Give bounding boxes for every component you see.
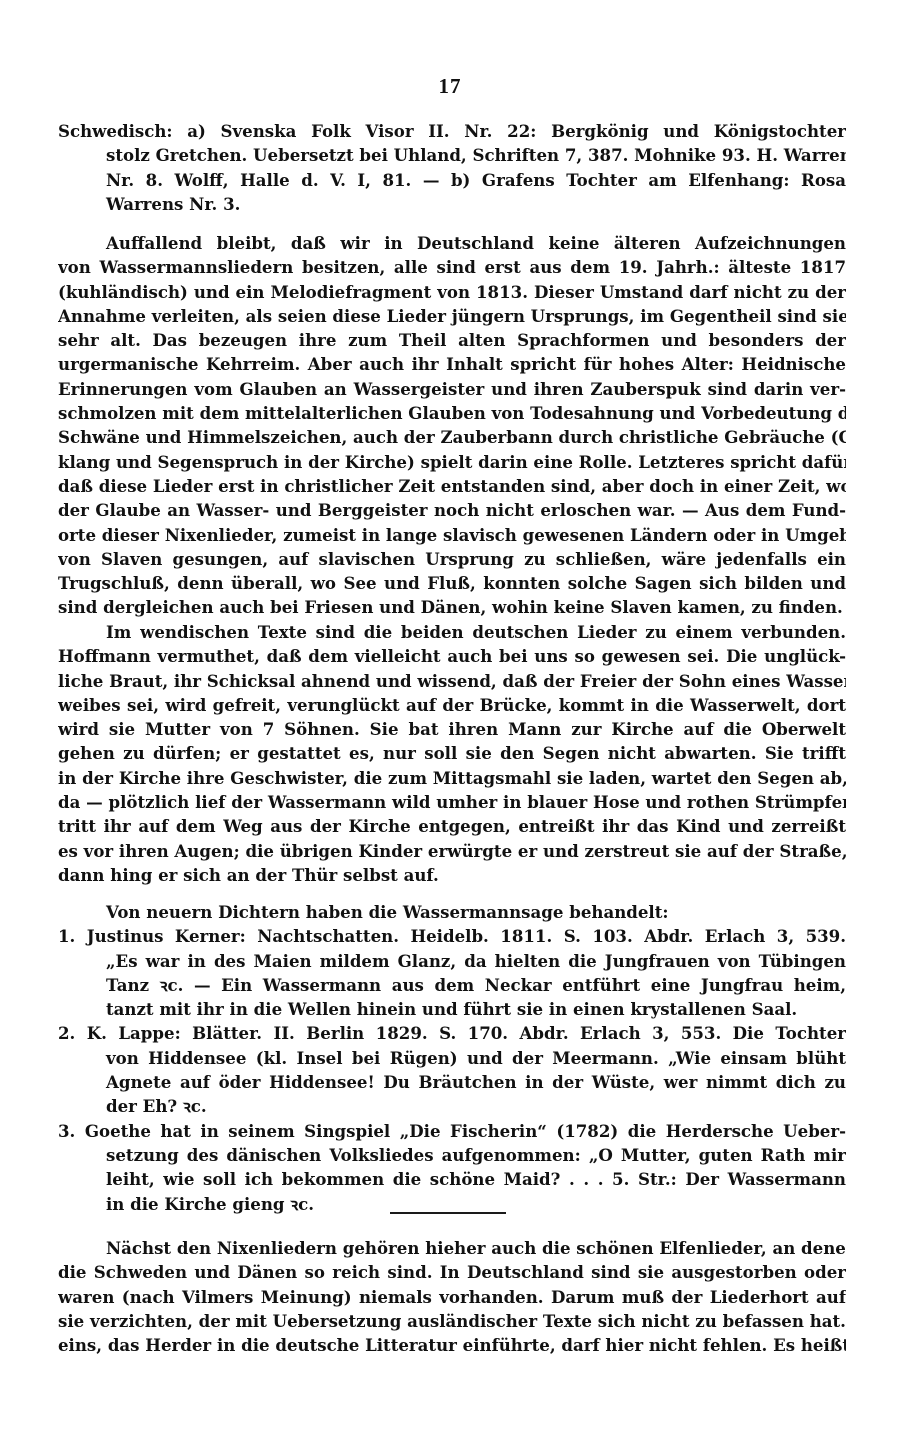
list-item-1-line: Tanz ꝛc. — Ein Wassermann aus dem Neckar… [58, 973, 846, 997]
text-line: die Schweden und Dänen so reich sind. In… [58, 1260, 846, 1284]
text-line: urgermanische Kehrreim. Aber auch ihr In… [58, 352, 846, 376]
text-line: in der Kirche ihre Geschwister, die zum … [58, 766, 846, 790]
text-line: es vor ihren Augen; die übrigen Kinder e… [58, 839, 846, 863]
text-line: Nr. 8. Wolff, Halle d. V. I, 81. — b) Gr… [58, 168, 846, 192]
text-line: orte dieser Nixenlieder, zumeist in lang… [58, 523, 846, 547]
list-item-1-line: 1. Justinus Kerner: Nachtschatten. Heide… [58, 924, 846, 948]
text-line: Schwäne und Himmelszeichen, auch der Zau… [58, 425, 846, 449]
text-line: (kuhländisch) und ein Melodiefragment vo… [58, 280, 846, 304]
text-line: liche Braut, ihr Schicksal ahnend und wi… [58, 669, 846, 693]
text-line: wird sie Mutter von 7 Söhnen. Sie bat ih… [58, 717, 846, 741]
book-page: 17 Schwedisch: a) Svenska Folk Visor II.… [0, 0, 900, 1450]
text-line: waren (nach Vilmers Meinung) niemals vor… [58, 1285, 846, 1309]
text-line: sie verzichten, der mit Uebersetzung aus… [58, 1309, 846, 1333]
list-item-1-line: tanzt mit ihr in die Wellen hinein und f… [58, 997, 846, 1021]
list-item-3-line: leiht, wie soll ich bekommen die schöne … [58, 1167, 846, 1191]
paragraph-4: Nächst den Nixenliedern gehören hieher a… [58, 1236, 846, 1357]
list-item-1-line: „Es war in des Maien mildem Glanz, da hi… [58, 949, 846, 973]
text-line: von Slaven gesungen, auf slavischen Ursp… [58, 547, 846, 571]
text-line: Hoffmann vermuthet, daß dem vielleicht a… [58, 644, 846, 668]
text-line: schmolzen mit dem mittelalterlichen Glau… [58, 401, 846, 425]
list-item-2-line: von Hiddensee (kl. Insel bei Rügen) und … [58, 1046, 846, 1070]
list-intro: Von neuern Dichtern haben die Wassermann… [58, 900, 846, 924]
text-line: weibes sei, wird gefreit, verunglückt au… [58, 693, 846, 717]
text-line: klang und Segenspruch in der Kirche) spi… [58, 450, 846, 474]
text-line: von Wassermannsliedern besitzen, alle si… [58, 255, 846, 279]
text-line: tritt ihr auf dem Weg aus der Kirche ent… [58, 814, 846, 838]
paragraph-1: Auffallend bleibt, daß wir in Deutschlan… [58, 231, 846, 620]
text-line: der Glaube an Wasser- und Berggeister no… [58, 498, 846, 522]
text-line: daß diese Lieder erst in christlicher Ze… [58, 474, 846, 498]
list-item-3-line: 3. Goethe hat in seinem Singspiel „Die F… [58, 1119, 846, 1143]
text-line: sind dergleichen auch bei Friesen und Dä… [58, 595, 846, 619]
page-number: 17 [0, 74, 900, 99]
text-line: Warrens Nr. 3. [58, 192, 846, 216]
text-line: Trugschluß, denn überall, wo See und Flu… [58, 571, 846, 595]
text-line: Im wendischen Texte sind die beiden deut… [58, 620, 846, 644]
text-line: sehr alt. Das bezeugen ihre zum Theil al… [58, 328, 846, 352]
poets-list: Von neuern Dichtern haben die Wassermann… [58, 900, 846, 1216]
paragraph-2: Im wendischen Texte sind die beiden deut… [58, 620, 846, 887]
text-line: Auffallend bleibt, daß wir in Deutschlan… [58, 231, 846, 255]
list-item-2-line: der Eh? ꝛc. [58, 1094, 846, 1118]
text-line: Erinnerungen vom Glauben an Wassergeiste… [58, 377, 846, 401]
text-line: dann hing er sich an der Thür selbst auf… [58, 863, 846, 887]
section-divider [390, 1212, 506, 1214]
list-item-2-line: 2. K. Lappe: Blätter. II. Berlin 1829. S… [58, 1021, 846, 1045]
text-line: Schwedisch: a) Svenska Folk Visor II. Nr… [58, 119, 846, 143]
text-line: Annahme verleiten, als seien diese Liede… [58, 304, 846, 328]
text-line: Nächst den Nixenliedern gehören hieher a… [58, 1236, 846, 1260]
swedish-references: Schwedisch: a) Svenska Folk Visor II. Nr… [58, 119, 846, 216]
text-line: eins, das Herder in die deutsche Littera… [58, 1333, 846, 1357]
text-line: stolz Gretchen. Uebersetzt bei Uhland, S… [58, 143, 846, 167]
list-item-3-line: setzung des dänischen Volksliedes aufgen… [58, 1143, 846, 1167]
text-line: da — plötzlich lief der Wassermann wild … [58, 790, 846, 814]
list-item-2-line: Agnete auf öder Hiddensee! Du Bräutchen … [58, 1070, 846, 1094]
text-line: gehen zu dürfen; er gestattet es, nur so… [58, 741, 846, 765]
